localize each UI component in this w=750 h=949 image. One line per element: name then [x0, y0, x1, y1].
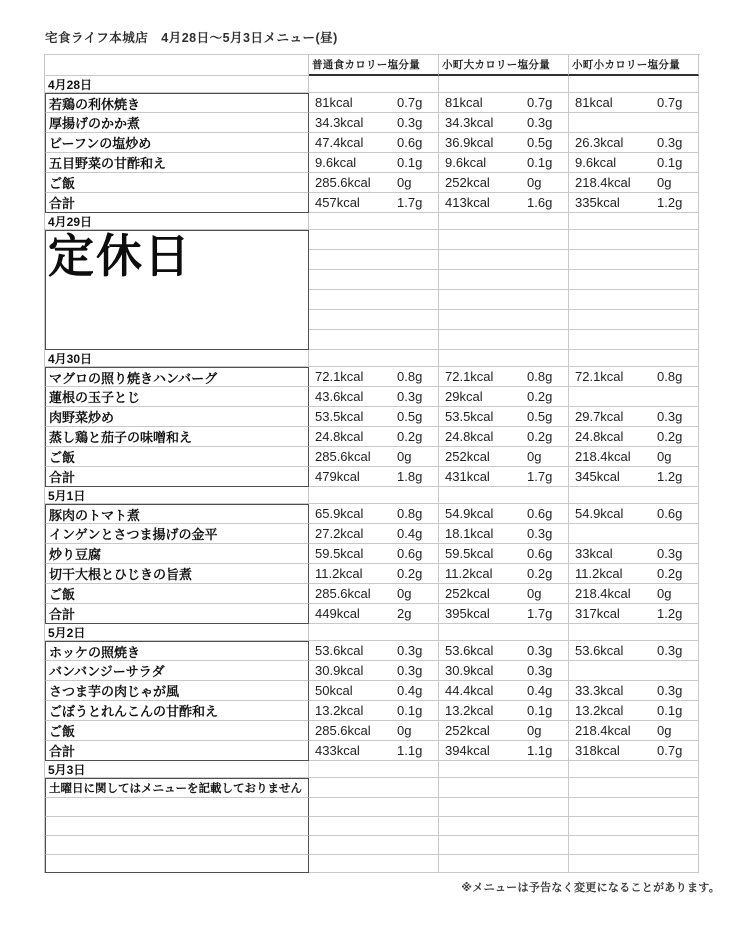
dish-name: 炒り豆腐	[45, 544, 309, 564]
empty-cell	[569, 350, 699, 367]
salt-value: 0.1g	[527, 703, 552, 718]
kcal-value: 11.2kcal	[569, 566, 657, 581]
kcal-value: 65.9kcal	[309, 506, 397, 521]
kcal-value: 285.6kcal	[309, 723, 397, 738]
value-cell: 252kcal0g	[439, 173, 569, 193]
empty-cell	[439, 778, 569, 798]
dish-name: さつま芋の肉じゃが風	[45, 681, 309, 701]
empty-cell	[309, 76, 439, 93]
value-cell: 218.4kcal0g	[569, 721, 699, 741]
empty-cell	[309, 330, 439, 350]
value-cell: 54.9kcal0.6g	[569, 504, 699, 524]
value-cell: 285.6kcal0g	[309, 447, 439, 467]
salt-value: 0.6g	[527, 506, 552, 521]
kcal-value: 50kcal	[309, 683, 397, 698]
dish-name: 蒸し鶏と茄子の味噌和え	[45, 427, 309, 447]
empty-cell	[309, 624, 439, 641]
value-cell: 449kcal2g	[309, 604, 439, 624]
empty-cell	[309, 230, 439, 250]
salt-value: 0.5g	[527, 135, 552, 150]
dish-name: マグロの照り焼きハンバーグ	[45, 367, 309, 387]
kcal-value: 59.5kcal	[309, 546, 397, 561]
salt-value: 0.7g	[527, 95, 552, 110]
empty-cell	[439, 836, 569, 855]
dish-name: 五目野菜の甘酢和え	[45, 153, 309, 173]
kcal-value: 457kcal	[309, 195, 397, 210]
empty-cell	[309, 855, 439, 873]
value-cell: 59.5kcal0.6g	[439, 544, 569, 564]
salt-value: 0.1g	[397, 703, 422, 718]
dish-name: ご飯	[45, 721, 309, 741]
dish-row: インゲンとさつま揚げの金平27.2kcal0.4g18.1kcal0.3g	[45, 524, 700, 544]
empty-cell	[45, 836, 309, 855]
empty-cell	[569, 290, 699, 310]
kcal-value: 218.4kcal	[569, 449, 657, 464]
empty-cell	[309, 270, 439, 290]
kcal-value: 33.3kcal	[569, 683, 657, 698]
kcal-value: 413kcal	[439, 195, 527, 210]
empty-cell	[439, 624, 569, 641]
salt-value: 2g	[397, 606, 411, 621]
salt-value: 0.3g	[657, 546, 682, 561]
kcal-value: 27.2kcal	[309, 526, 397, 541]
empty-cell	[309, 290, 439, 310]
kcal-value: 9.6kcal	[309, 155, 397, 170]
kcal-value: 345kcal	[569, 469, 657, 484]
kcal-value: 13.2kcal	[569, 703, 657, 718]
date-row: 5月1日	[45, 487, 700, 504]
value-cell: 44.4kcal0.4g	[439, 681, 569, 701]
value-cell: 285.6kcal0g	[309, 173, 439, 193]
column-header-2: 小町大カロリー塩分量	[439, 55, 569, 76]
empty-cell	[439, 350, 569, 367]
salt-value: 0.3g	[657, 409, 682, 424]
empty-cell	[569, 487, 699, 504]
kcal-value: 72.1kcal	[569, 369, 657, 384]
kcal-value: 29.7kcal	[569, 409, 657, 424]
empty-cell	[439, 290, 569, 310]
empty-cell	[439, 250, 569, 270]
empty-cell	[569, 310, 699, 330]
kcal-value: 218.4kcal	[569, 586, 657, 601]
salt-value: 0.2g	[527, 389, 552, 404]
empty-row	[45, 836, 700, 855]
dish-name: ご飯	[45, 173, 309, 193]
footer-note: ※メニューは予告なく変更になることがあります。	[461, 879, 720, 895]
dish-name: ホッケの照焼き	[45, 641, 309, 661]
salt-value: 0.6g	[397, 135, 422, 150]
dish-name: ご飯	[45, 584, 309, 604]
value-cell: 81kcal0.7g	[439, 93, 569, 113]
value-cell: 30.9kcal0.3g	[309, 661, 439, 681]
kcal-value: 43.6kcal	[309, 389, 397, 404]
value-cell	[569, 113, 699, 133]
header-row: 普通食カロリー塩分量小町大カロリー塩分量小町小カロリー塩分量	[45, 55, 700, 76]
salt-value: 1.8g	[397, 469, 422, 484]
dish-name: インゲンとさつま揚げの金平	[45, 524, 309, 544]
value-cell: 431kcal1.7g	[439, 467, 569, 487]
dish-row: 合計479kcal1.8g431kcal1.7g345kcal1.2g	[45, 467, 700, 487]
dish-name: 豚肉のトマト煮	[45, 504, 309, 524]
section-date: 4月28日	[45, 76, 309, 93]
salt-value: 0g	[397, 449, 411, 464]
dish-row: ご飯285.6kcal0g252kcal0g218.4kcal0g	[45, 173, 700, 193]
dish-row: さつま芋の肉じゃが風50kcal0.4g44.4kcal0.4g33.3kcal…	[45, 681, 700, 701]
kcal-value: 252kcal	[439, 723, 527, 738]
value-cell: 395kcal1.7g	[439, 604, 569, 624]
value-cell: 457kcal1.7g	[309, 193, 439, 213]
salt-value: 1.7g	[397, 195, 422, 210]
dish-name: 厚揚げのかか煮	[45, 113, 309, 133]
kcal-value: 33kcal	[569, 546, 657, 561]
salt-value: 0.6g	[397, 546, 422, 561]
value-cell: 11.2kcal0.2g	[309, 564, 439, 584]
dish-name: 若鶏の利休焼き	[45, 93, 309, 113]
kcal-value: 53.6kcal	[309, 643, 397, 658]
kcal-value: 285.6kcal	[309, 586, 397, 601]
empty-cell	[439, 330, 569, 350]
empty-cell	[439, 761, 569, 778]
value-cell: 285.6kcal0g	[309, 584, 439, 604]
salt-value: 0.2g	[397, 566, 422, 581]
empty-cell	[439, 487, 569, 504]
value-cell: 13.2kcal0.1g	[569, 701, 699, 721]
value-cell: 72.1kcal0.8g	[309, 367, 439, 387]
empty-cell	[569, 624, 699, 641]
empty-cell	[439, 76, 569, 93]
value-cell: 318kcal0.7g	[569, 741, 699, 761]
saturday-note: 土曜日に関してはメニューを記載しておりません	[45, 778, 309, 798]
salt-value: 0.6g	[657, 506, 682, 521]
value-cell: 53.6kcal0.3g	[569, 641, 699, 661]
salt-value: 0.3g	[657, 683, 682, 698]
salt-value: 1.7g	[527, 606, 552, 621]
empty-row	[45, 798, 700, 817]
value-cell: 13.2kcal0.1g	[439, 701, 569, 721]
column-header-label: 普通食カロリー塩分量	[309, 57, 420, 72]
empty-cell	[569, 855, 699, 873]
value-cell: 11.2kcal0.2g	[439, 564, 569, 584]
value-cell: 50kcal0.4g	[309, 681, 439, 701]
salt-value: 1.2g	[657, 606, 682, 621]
salt-value: 0.3g	[397, 389, 422, 404]
salt-value: 0g	[397, 175, 411, 190]
salt-value: 1.6g	[527, 195, 552, 210]
salt-value: 0.7g	[397, 95, 422, 110]
section-date: 4月29日	[45, 213, 309, 230]
dish-name: バンバンジーサラダ	[45, 661, 309, 681]
kcal-value: 59.5kcal	[439, 546, 527, 561]
value-cell: 24.8kcal0.2g	[569, 427, 699, 447]
value-cell: 218.4kcal0g	[569, 173, 699, 193]
value-cell: 11.2kcal0.2g	[569, 564, 699, 584]
kcal-value: 395kcal	[439, 606, 527, 621]
value-cell: 29.7kcal0.3g	[569, 407, 699, 427]
empty-cell	[569, 213, 699, 230]
value-cell: 317kcal1.2g	[569, 604, 699, 624]
value-cell: 53.5kcal0.5g	[309, 407, 439, 427]
salt-value: 0.3g	[527, 526, 552, 541]
kcal-value: 13.2kcal	[309, 703, 397, 718]
empty-cell	[309, 350, 439, 367]
dish-row: 若鶏の利休焼き81kcal0.7g81kcal0.7g81kcal0.7g	[45, 93, 700, 113]
dish-name: 合計	[45, 467, 309, 487]
kcal-value: 30.9kcal	[309, 663, 397, 678]
value-cell: 9.6kcal0.1g	[309, 153, 439, 173]
page: 宅食ライフ本城店 4月28日〜5月3日メニュー(昼) 普通食カロリー塩分量小町大…	[0, 0, 750, 949]
salt-value: 0.1g	[657, 703, 682, 718]
kcal-value: 317kcal	[569, 606, 657, 621]
salt-value: 0g	[657, 586, 671, 601]
salt-value: 0.1g	[527, 155, 552, 170]
kcal-value: 18.1kcal	[439, 526, 527, 541]
value-cell: 252kcal0g	[439, 721, 569, 741]
salt-value: 1.1g	[527, 743, 552, 758]
dish-name: ごぼうとれんこんの甘酢和え	[45, 701, 309, 721]
value-cell: 65.9kcal0.8g	[309, 504, 439, 524]
kcal-value: 335kcal	[569, 195, 657, 210]
dish-row: バンバンジーサラダ30.9kcal0.3g30.9kcal0.3g	[45, 661, 700, 681]
salt-value: 0.5g	[527, 409, 552, 424]
value-cell: 18.1kcal0.3g	[439, 524, 569, 544]
kcal-value: 479kcal	[309, 469, 397, 484]
salt-value: 0.6g	[527, 546, 552, 561]
value-cell: 30.9kcal0.3g	[439, 661, 569, 681]
kcal-value: 218.4kcal	[569, 175, 657, 190]
column-header-label: 小町大カロリー塩分量	[439, 57, 550, 72]
empty-cell	[309, 817, 439, 836]
kcal-value: 433kcal	[309, 743, 397, 758]
kcal-value: 431kcal	[439, 469, 527, 484]
kcal-value: 53.6kcal	[439, 643, 527, 658]
dish-row: 五目野菜の甘酢和え9.6kcal0.1g9.6kcal0.1g9.6kcal0.…	[45, 153, 700, 173]
salt-value: 0.7g	[657, 743, 682, 758]
kcal-value: 34.3kcal	[439, 115, 527, 130]
closed-day-label: 定休日	[48, 232, 306, 280]
kcal-value: 72.1kcal	[309, 369, 397, 384]
salt-value: 0.7g	[657, 95, 682, 110]
empty-row	[309, 330, 700, 350]
value-cell: 33kcal0.3g	[569, 544, 699, 564]
kcal-value: 44.4kcal	[439, 683, 527, 698]
empty-cell	[439, 270, 569, 290]
value-cell	[569, 661, 699, 681]
dish-name: 切干大根とひじきの旨煮	[45, 564, 309, 584]
date-row: 4月28日	[45, 76, 700, 93]
dish-row: 厚揚げのかか煮34.3kcal0.3g34.3kcal0.3g	[45, 113, 700, 133]
saturday-note-row: 土曜日に関してはメニューを記載しておりません	[45, 778, 700, 798]
column-header-3: 小町小カロリー塩分量	[569, 55, 699, 76]
kcal-value: 81kcal	[309, 95, 397, 110]
kcal-value: 252kcal	[439, 449, 527, 464]
value-cell: 252kcal0g	[439, 584, 569, 604]
salt-value: 0.8g	[527, 369, 552, 384]
kcal-value: 34.3kcal	[309, 115, 397, 130]
salt-value: 0.8g	[397, 506, 422, 521]
kcal-value: 449kcal	[309, 606, 397, 621]
salt-value: 1.2g	[657, 195, 682, 210]
kcal-value: 30.9kcal	[439, 663, 527, 678]
empty-cell	[569, 76, 699, 93]
dish-name: ご飯	[45, 447, 309, 467]
salt-value: 1.2g	[657, 469, 682, 484]
value-cell: 34.3kcal0.3g	[439, 113, 569, 133]
kcal-value: 72.1kcal	[439, 369, 527, 384]
value-cell: 27.2kcal0.4g	[309, 524, 439, 544]
salt-value: 0.3g	[657, 643, 682, 658]
empty-cell	[569, 270, 699, 290]
value-cell: 34.3kcal0.3g	[309, 113, 439, 133]
salt-value: 1.7g	[527, 469, 552, 484]
salt-value: 0.3g	[657, 135, 682, 150]
kcal-value: 47.4kcal	[309, 135, 397, 150]
empty-row	[45, 855, 700, 873]
value-cell: 335kcal1.2g	[569, 193, 699, 213]
empty-cell	[309, 487, 439, 504]
dish-name: 合計	[45, 604, 309, 624]
dish-name: 肉野菜炒め	[45, 407, 309, 427]
empty-row	[309, 250, 700, 270]
empty-cell	[45, 817, 309, 836]
value-cell: 9.6kcal0.1g	[569, 153, 699, 173]
value-cell: 53.6kcal0.3g	[439, 641, 569, 661]
kcal-value: 81kcal	[439, 95, 527, 110]
empty-cell	[45, 798, 309, 817]
kcal-value: 285.6kcal	[309, 449, 397, 464]
kcal-value: 29kcal	[439, 389, 527, 404]
kcal-value: 11.2kcal	[309, 566, 397, 581]
kcal-value: 24.8kcal	[569, 429, 657, 444]
salt-value: 0.8g	[657, 369, 682, 384]
salt-value: 0.1g	[657, 155, 682, 170]
salt-value: 0.3g	[527, 115, 552, 130]
section-date: 5月2日	[45, 624, 309, 641]
kcal-value: 36.9kcal	[439, 135, 527, 150]
salt-value: 0.4g	[397, 683, 422, 698]
dish-name: ビーフンの塩炒め	[45, 133, 309, 153]
salt-value: 0g	[657, 449, 671, 464]
kcal-value: 54.9kcal	[439, 506, 527, 521]
dish-row: 合計433kcal1.1g394kcal1.1g318kcal0.7g	[45, 741, 700, 761]
value-cell: 43.6kcal0.3g	[309, 387, 439, 407]
kcal-value: 9.6kcal	[439, 155, 527, 170]
kcal-value: 24.8kcal	[439, 429, 527, 444]
salt-value: 0g	[657, 175, 671, 190]
value-cell: 36.9kcal0.5g	[439, 133, 569, 153]
empty-row	[309, 290, 700, 310]
section-date: 5月3日	[45, 761, 309, 778]
empty-cell	[569, 817, 699, 836]
value-cell: 13.2kcal0.1g	[309, 701, 439, 721]
column-header-1: 普通食カロリー塩分量	[309, 55, 439, 76]
empty-cell	[309, 213, 439, 230]
salt-value: 1.1g	[397, 743, 422, 758]
value-cell	[569, 524, 699, 544]
date-row: 5月3日	[45, 761, 700, 778]
header-corner-cell	[45, 55, 309, 76]
salt-value: 0.2g	[527, 429, 552, 444]
empty-cell	[569, 250, 699, 270]
salt-value: 0.3g	[527, 663, 552, 678]
dish-row: ビーフンの塩炒め47.4kcal0.6g36.9kcal0.5g26.3kcal…	[45, 133, 700, 153]
value-cell: 54.9kcal0.6g	[439, 504, 569, 524]
page-title: 宅食ライフ本城店 4月28日〜5月3日メニュー(昼)	[45, 28, 338, 46]
value-cell: 218.4kcal0g	[569, 584, 699, 604]
kcal-value: 9.6kcal	[569, 155, 657, 170]
value-cell: 72.1kcal0.8g	[439, 367, 569, 387]
date-row: 5月2日	[45, 624, 700, 641]
empty-cell	[439, 817, 569, 836]
salt-value: 0.4g	[397, 526, 422, 541]
kcal-value: 13.2kcal	[439, 703, 527, 718]
salt-value: 0.5g	[397, 409, 422, 424]
empty-cell	[45, 855, 309, 873]
empty-cell	[309, 250, 439, 270]
section-date: 5月1日	[45, 487, 309, 504]
value-cell: 479kcal1.8g	[309, 467, 439, 487]
empty-cell	[309, 798, 439, 817]
section-date: 4月30日	[45, 350, 309, 367]
dish-name: 合計	[45, 741, 309, 761]
salt-value: 0.2g	[527, 566, 552, 581]
dish-row: ご飯285.6kcal0g252kcal0g218.4kcal0g	[45, 584, 700, 604]
date-row: 4月29日	[45, 213, 700, 230]
dish-row: 肉野菜炒め53.5kcal0.5g53.5kcal0.5g29.7kcal0.3…	[45, 407, 700, 427]
value-cell: 53.5kcal0.5g	[439, 407, 569, 427]
empty-cell	[439, 230, 569, 250]
salt-value: 0g	[397, 586, 411, 601]
kcal-value: 26.3kcal	[569, 135, 657, 150]
value-cell: 53.6kcal0.3g	[309, 641, 439, 661]
dish-name: 合計	[45, 193, 309, 213]
value-cell: 59.5kcal0.6g	[309, 544, 439, 564]
dish-row: 合計449kcal2g395kcal1.7g317kcal1.2g	[45, 604, 700, 624]
salt-value: 0.3g	[397, 663, 422, 678]
closed-day-row: 定休日	[45, 230, 700, 350]
dish-row: 切干大根とひじきの旨煮11.2kcal0.2g11.2kcal0.2g11.2k…	[45, 564, 700, 584]
dish-name: 蓮根の玉子とじ	[45, 387, 309, 407]
kcal-value: 218.4kcal	[569, 723, 657, 738]
salt-value: 0g	[527, 586, 541, 601]
kcal-value: 53.6kcal	[569, 643, 657, 658]
dish-row: 炒り豆腐59.5kcal0.6g59.5kcal0.6g33kcal0.3g	[45, 544, 700, 564]
salt-value: 0.2g	[657, 566, 682, 581]
empty-cell	[569, 778, 699, 798]
dish-row: 蓮根の玉子とじ43.6kcal0.3g29kcal0.2g	[45, 387, 700, 407]
empty-cell	[309, 761, 439, 778]
value-cell: 26.3kcal0.3g	[569, 133, 699, 153]
kcal-value: 53.5kcal	[439, 409, 527, 424]
value-cell: 47.4kcal0.6g	[309, 133, 439, 153]
date-row: 4月30日	[45, 350, 700, 367]
salt-value: 0.2g	[397, 429, 422, 444]
menu-table: 普通食カロリー塩分量小町大カロリー塩分量小町小カロリー塩分量4月28日若鶏の利休…	[44, 54, 700, 873]
value-cell: 81kcal0.7g	[309, 93, 439, 113]
salt-value: 0.3g	[397, 115, 422, 130]
value-cell: 33.3kcal0.3g	[569, 681, 699, 701]
salt-value: 0g	[527, 723, 541, 738]
empty-cell	[439, 855, 569, 873]
salt-value: 0.8g	[397, 369, 422, 384]
value-cell: 345kcal1.2g	[569, 467, 699, 487]
salt-value: 0.4g	[527, 683, 552, 698]
kcal-value: 285.6kcal	[309, 175, 397, 190]
kcal-value: 252kcal	[439, 586, 527, 601]
salt-value: 0g	[527, 449, 541, 464]
kcal-value: 252kcal	[439, 175, 527, 190]
salt-value: 0g	[397, 723, 411, 738]
dish-row: 蒸し鶏と茄子の味噌和え24.8kcal0.2g24.8kcal0.2g24.8k…	[45, 427, 700, 447]
